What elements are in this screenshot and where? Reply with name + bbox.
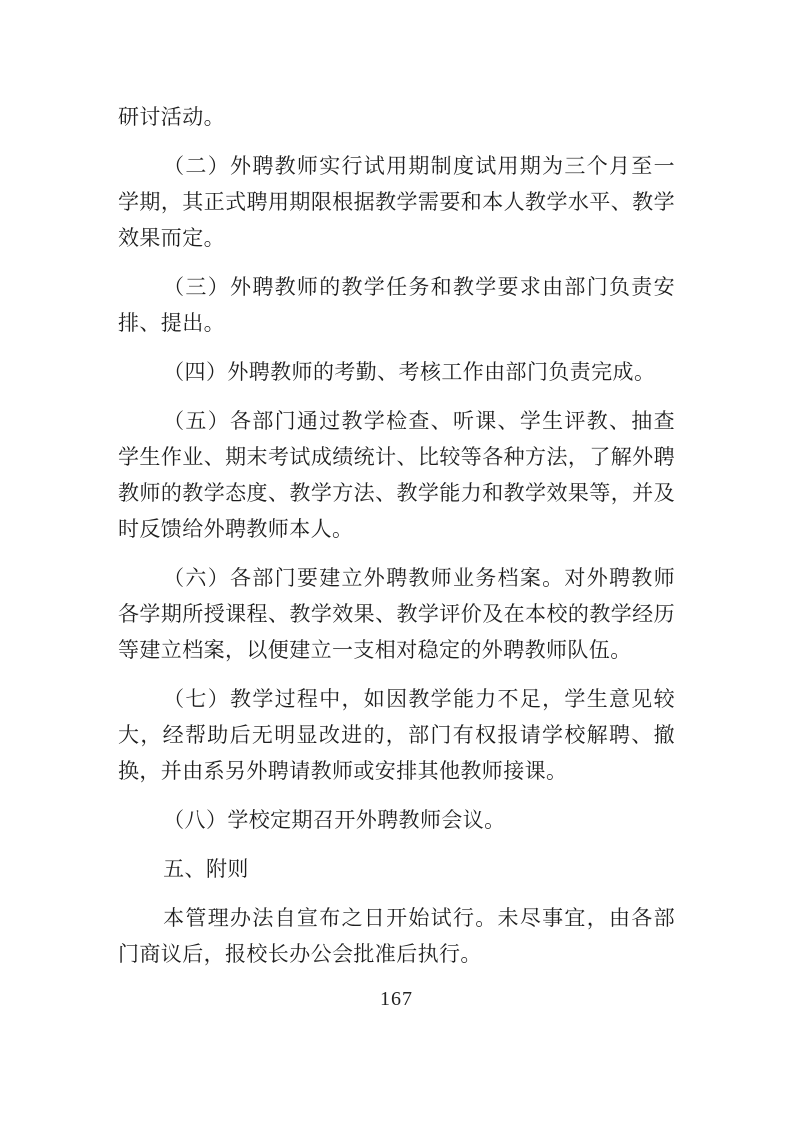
page-number: 167 — [0, 988, 793, 1011]
paragraph: （三）外聘教师的教学任务和教学要求由部门负责安排、提出。 — [118, 269, 675, 341]
paragraph: 研讨活动。 — [118, 99, 675, 135]
paragraph: （四）外聘教师的考勤、考核工作由部门负责完成。 — [118, 354, 675, 390]
paragraph: （八）学校定期召开外聘教师会议。 — [118, 802, 675, 838]
paragraph: 五、附则 — [118, 851, 675, 887]
paragraph: （七）教学过程中，如因教学能力不足，学生意见较大，经帮助后无明显改进的，部门有权… — [118, 681, 675, 789]
paragraph: （二）外聘教师实行试用期制度试用期为三个月至一学期，其正式聘用期限根据教学需要和… — [118, 148, 675, 256]
paragraph: （五）各部门通过教学检查、听课、学生评教、抽查学生作业、期末考试成绩统计、比较等… — [118, 403, 675, 547]
paragraph: （六）各部门要建立外聘教师业务档案。对外聘教师各学期所授课程、教学效果、教学评价… — [118, 560, 675, 668]
document-body: 研讨活动。（二）外聘教师实行试用期制度试用期为三个月至一学期，其正式聘用期限根据… — [118, 99, 675, 985]
paragraph: 本管理办法自宣布之日开始试行。未尽事宜，由各部门商议后，报校长办公会批准后执行。 — [118, 900, 675, 972]
document-page: 研讨活动。（二）外聘教师实行试用期制度试用期为三个月至一学期，其正式聘用期限根据… — [0, 0, 793, 1122]
